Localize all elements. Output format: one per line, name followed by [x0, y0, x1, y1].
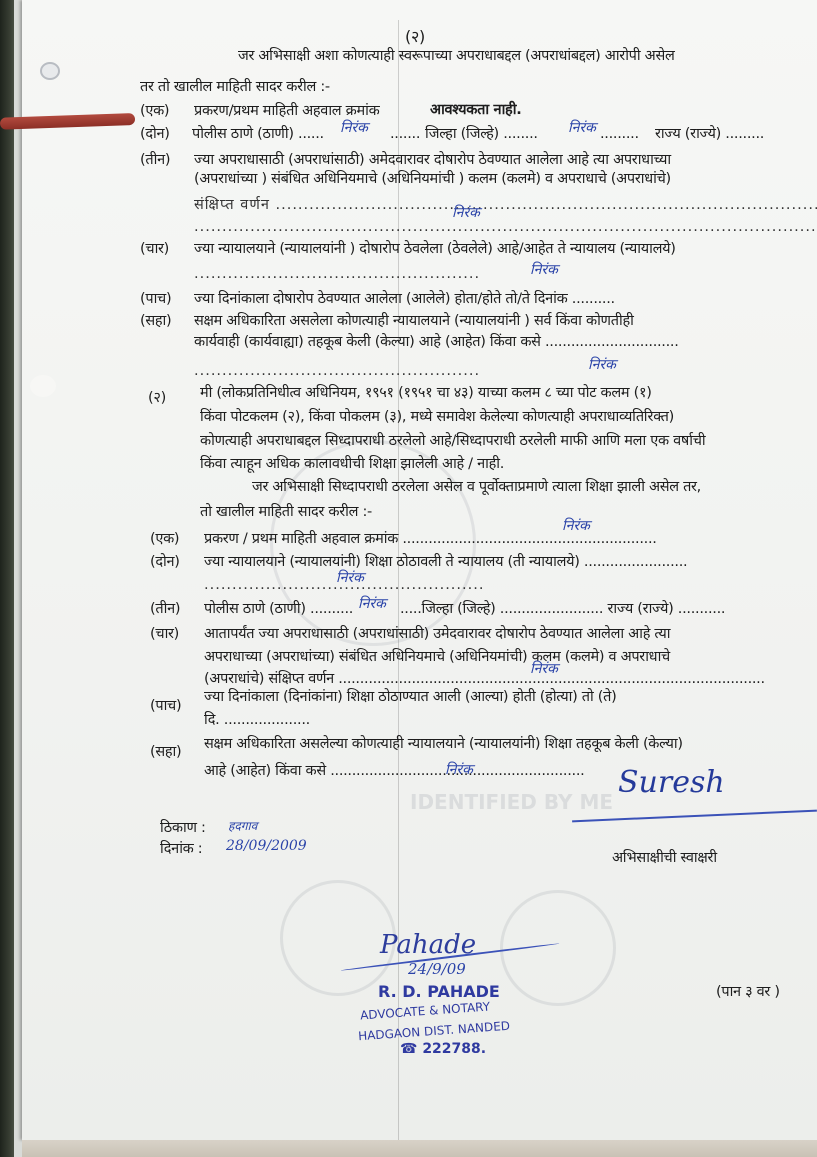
continued-on-page: (पान ३ वर ) [716, 983, 780, 1001]
ghost-seal-icon [280, 880, 396, 996]
page-number: (२) [405, 28, 425, 46]
item-label: (पाच) [140, 290, 171, 308]
item-label: (चार) [150, 625, 179, 643]
section-2-label: (२) [148, 389, 166, 407]
punch-hole-icon [40, 62, 60, 80]
deponent-signature: Suresh [618, 765, 725, 800]
intro-line-2: तर तो खालील माहिती सादर करील :- [140, 78, 330, 96]
conviction-offence-line-1: आतापर्यंत ज्या अपराधासाठी (अपराधांसाठी) … [204, 625, 670, 643]
case-number-value: आवश्यकता नाही. [430, 101, 521, 119]
dotted-line: ........................................… [194, 218, 817, 236]
notary-name: R. D. PAHADE [378, 982, 500, 1001]
item-label: (एक) [140, 102, 169, 120]
place-value: हदगाव [228, 817, 257, 834]
item-label: (सहा) [150, 743, 181, 761]
state-label: राज्य (राज्ये) ......... [655, 125, 764, 143]
police-station-value: निरंक [340, 118, 368, 137]
conviction-line-3: कोणत्याही अपराधाबद्दल सिध्दापराधी ठरलेलो… [200, 432, 705, 450]
charge-date-line: ज्या दिनांकाला दोषारोप ठेवण्यात आलेला (आ… [194, 290, 615, 308]
sentence-date-line-2: दि. .................... [204, 711, 310, 729]
stay-dotted-line: ........................................… [194, 362, 480, 380]
conviction-line-4: किंवा त्याहून अधिक कालावधीची शिक्षा झाले… [200, 455, 504, 473]
intro-line-1: जर अभिसाक्षी अशा कोणत्याही स्वरूपाच्या अ… [238, 47, 674, 65]
court-line-1: ज्या न्यायालयाने (न्यायालयांनी ) दोषारोप… [194, 240, 676, 258]
item-label: (दोन) [150, 553, 180, 571]
conviction-offence-value: निरंक [530, 659, 558, 678]
offence-description: संक्षिप्त वर्णन ........................… [194, 196, 817, 214]
sentencing-court-value: निरंक [336, 568, 364, 587]
item-label: (एक) [150, 530, 179, 548]
conviction-offence-line-2: अपराधाच्या (अपराधांच्या) संबंधित अधिनियम… [204, 648, 670, 666]
conviction-police-value: निरंक [358, 594, 386, 613]
offence-line-1: ज्या अपराधासाठी (अपराधांसाठी) अमेदवारावर… [194, 151, 671, 169]
court-dotted-line: ........................................… [194, 265, 480, 283]
offence-line-2: (अपराधांच्या ) संबंधित अधिनियमाचे (अधिनि… [194, 170, 671, 188]
date-value: 28/09/2009 [226, 838, 307, 854]
telephone-icon: ☎ [400, 1041, 422, 1057]
conviction-case-number-value: निरंक [562, 516, 590, 535]
district-value: निरंक [568, 118, 596, 137]
notary-phone-number: 222788. [422, 1041, 486, 1057]
item-label: (दोन) [140, 125, 170, 143]
date-label: दिनांक : [160, 840, 202, 858]
conviction-offence-line-3: (अपराधांचे) संक्षिप्त वर्णन ............… [204, 670, 765, 688]
court-value: निरंक [530, 260, 558, 279]
notary-phone: ☎ 222788. [400, 1041, 486, 1057]
dots: ....... [390, 125, 420, 143]
item-label: (पाच) [150, 697, 181, 715]
sentence-stay-value: निरंक [445, 760, 473, 779]
conviction-district-state: .....जिल्हा (जिल्हे) ...................… [400, 600, 725, 618]
notary-date: 24/9/09 [408, 960, 466, 978]
dots: ......... [600, 125, 639, 143]
background-stamp: IDENTIFIED BY ME [410, 790, 613, 814]
page-bottom-edge [22, 1140, 817, 1157]
stay-line-1: सक्षम अधिकारिता असलेला कोणत्याही न्यायाल… [194, 312, 634, 330]
sentence-stay-line-1: सक्षम अधिकारिता असलेल्या कोणत्याही न्याय… [204, 735, 683, 753]
conviction-line-1: मी (लोकप्रतिनिधीत्व अधिनियम, १९५१ (१९५१ … [200, 384, 652, 402]
torn-notch [30, 375, 56, 397]
deponent-signature-label: अभिसाक्षीची स्वाक्षरी [612, 849, 717, 867]
sentence-date-line-1: ज्या दिनांकाला (दिनांकांना) शिक्षा ठोठाण… [204, 688, 616, 706]
police-station-label: पोलीस ठाणे (ठाणी) ...... [192, 125, 324, 143]
sentencing-court-line-1: ज्या न्यायालयाने (न्यायालयांनी) शिक्षा ठ… [204, 553, 687, 571]
stay-line-2: कार्यवाही (कार्यवाह्या) तहकूब केली (केल्… [194, 333, 679, 351]
item-label: (तीन) [140, 151, 170, 169]
item-label: (सहा) [140, 312, 171, 330]
sentence-stay-line-2: आहे (आहेत) किंवा कसे ...................… [204, 762, 584, 780]
conviction-line-2: किंवा पोटकलम (२), किंवा पोकलम (३), मध्ये… [200, 408, 674, 426]
place-label: ठिकाण : [160, 819, 206, 837]
item-label: (तीन) [150, 600, 180, 618]
stay-value: निरंक [588, 355, 616, 374]
conviction-line-6: तो खालील माहिती सादर करील :- [200, 503, 372, 521]
conviction-police-station: पोलीस ठाणे (ठाणी) .......... [204, 600, 353, 618]
item-label: (चार) [140, 240, 169, 258]
conviction-line-5: जर अभिसाक्षी सिध्दापराधी ठरलेला असेल व प… [252, 478, 701, 496]
district-label: जिल्हा (जिल्हे) ........ [425, 125, 538, 143]
